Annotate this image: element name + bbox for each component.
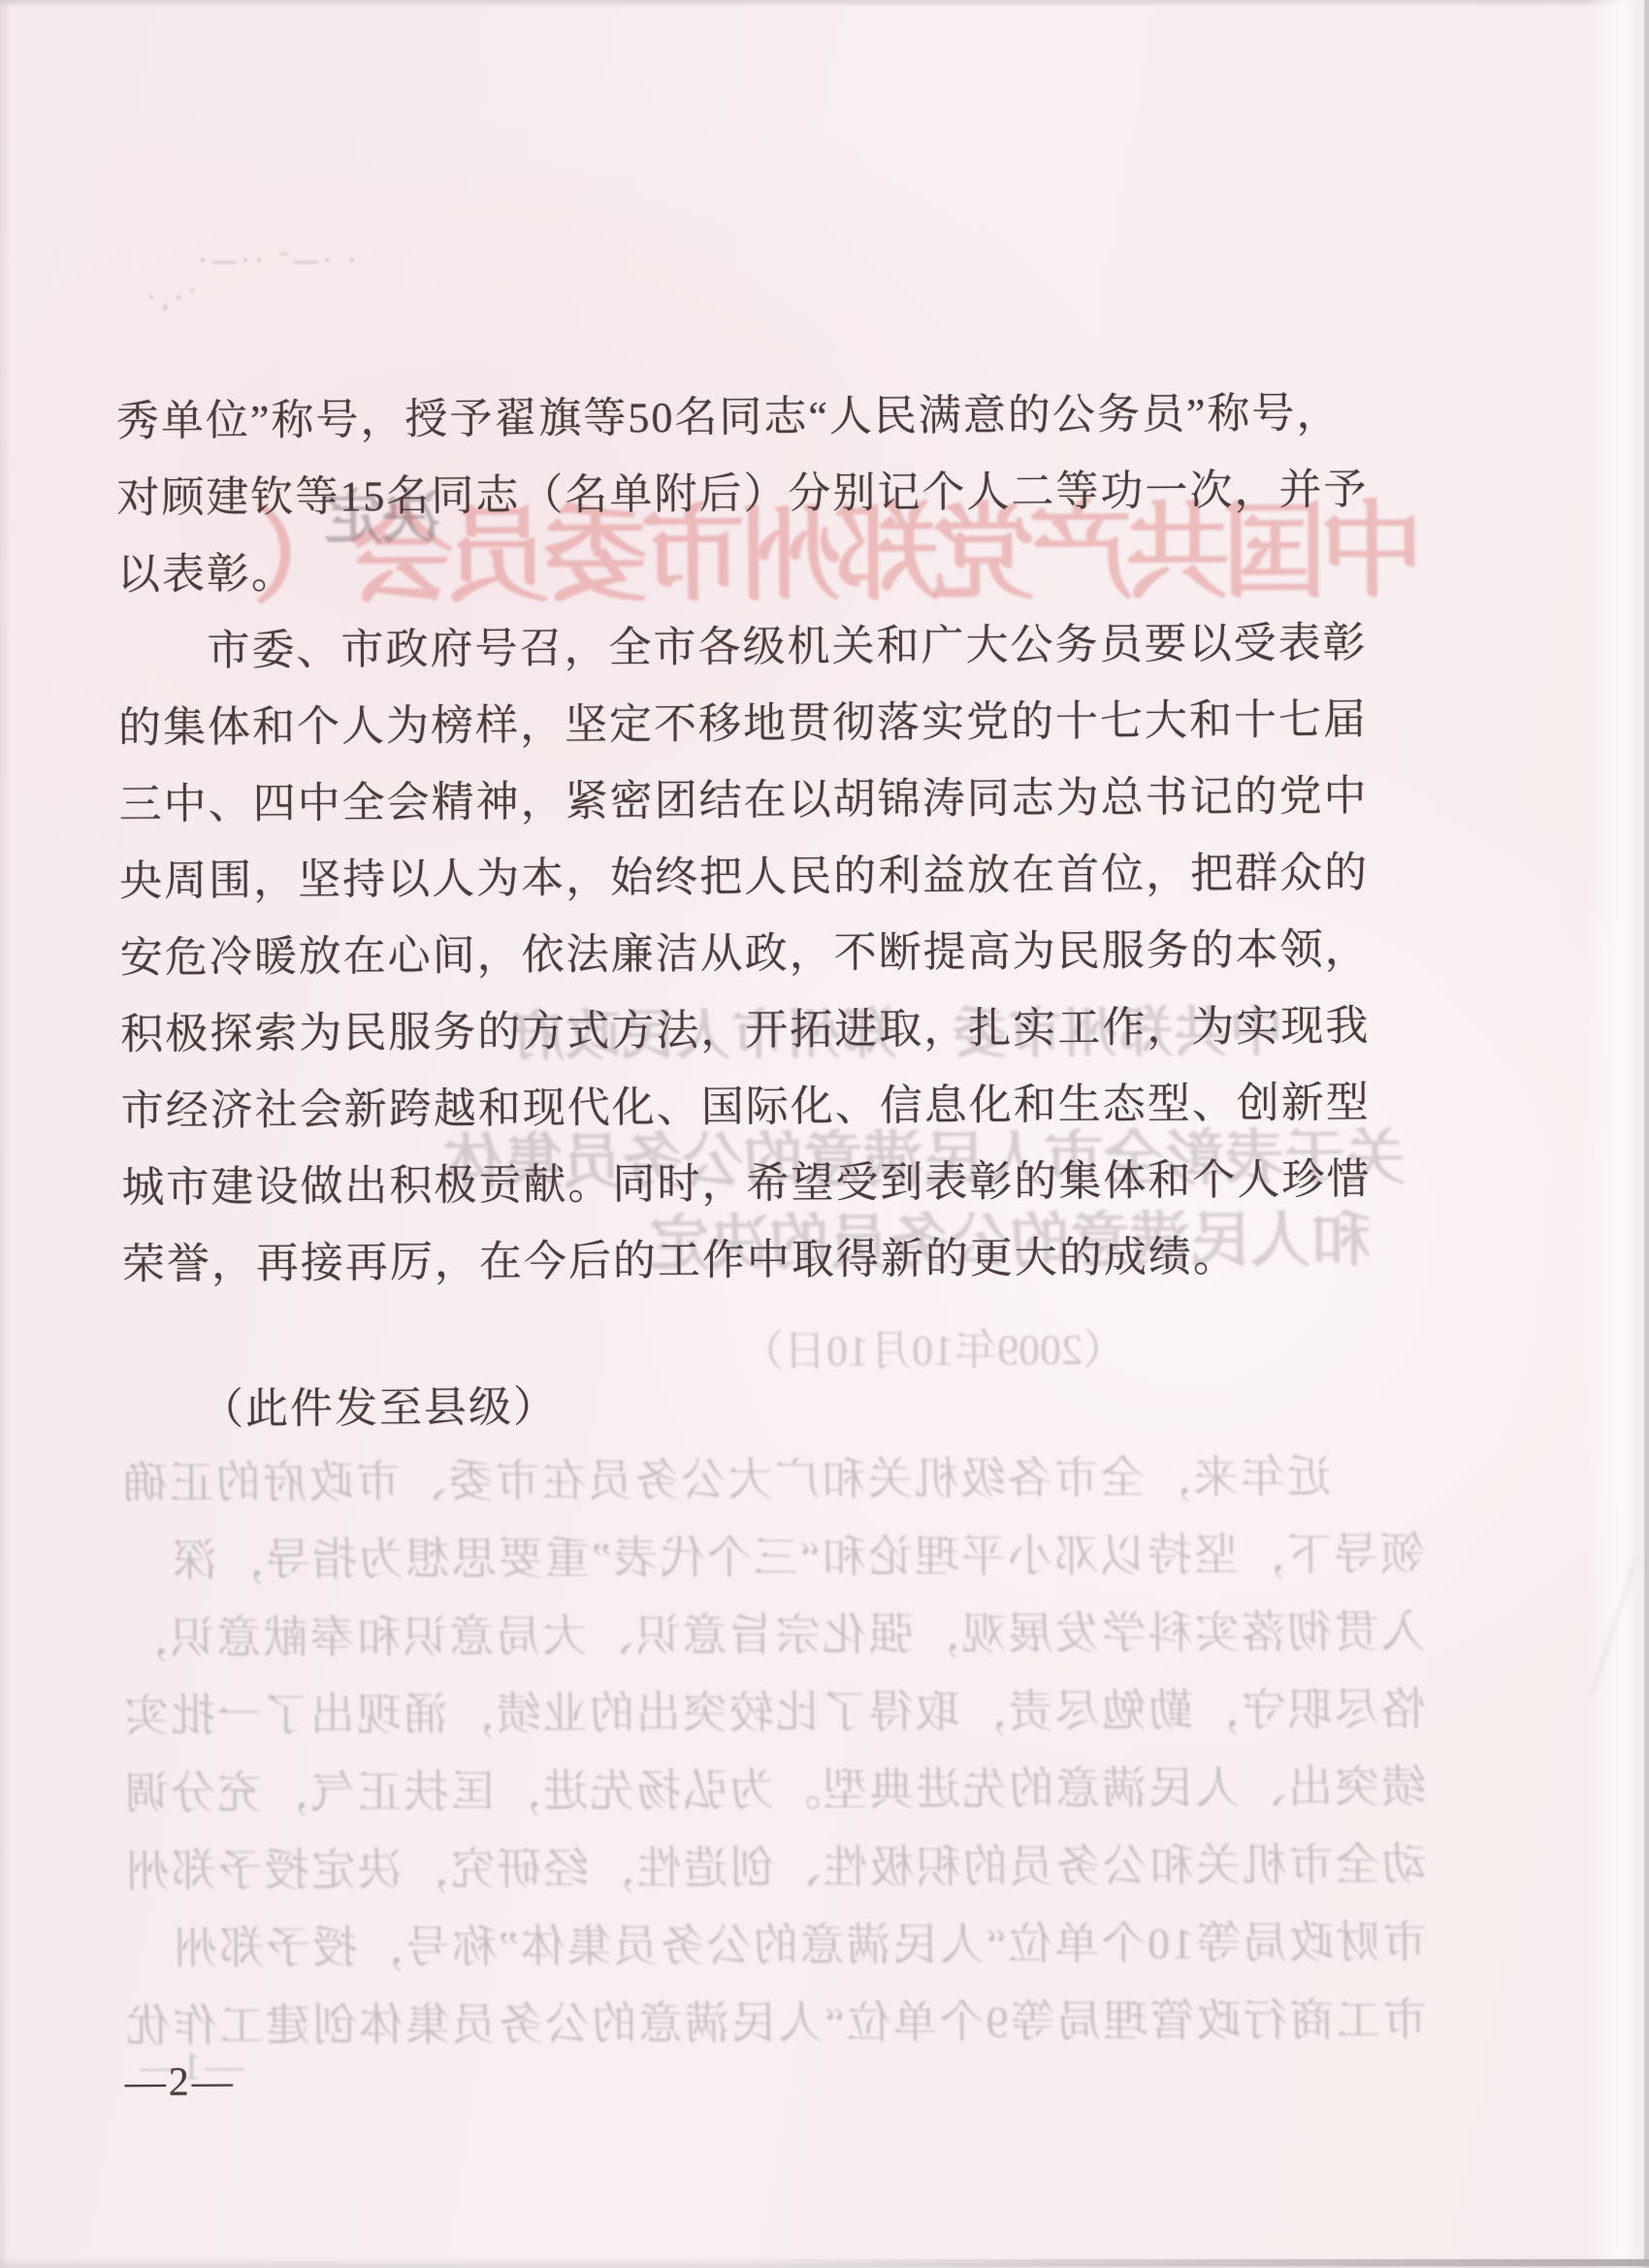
scanned-document-page: 中国共产党郑州市委员会（ 决定 中共郑州市委 郑州市人民政府 关于表彰全市人民满… (0, 0, 1649, 2268)
body-line: 安危冷暖放在心间，依法廉洁从政，不断提高为民服务的本领， (119, 911, 1391, 996)
body-line: 以表彰。 (117, 528, 1389, 613)
body-line: 市委、市政府号召，全市各级机关和广大公务员要以受表彰 (117, 604, 1389, 690)
body-line: 积极探索为民服务的方式方法，开拓进取，扎实工作，为实现我 (120, 988, 1392, 1073)
body-line: 三中、四中全会精神，紧密团结在以胡锦涛同志为总书记的党中 (118, 758, 1390, 843)
printed-text-layer: 秀单位”称号，授予翟旗等50名同志“人民满意的公务员”称号， 对顾建钦等15名同… (0, 0, 1649, 2268)
body-line: 城市建设做出积极贡献。同时，希望受到表彰的集体和个人珍惜 (121, 1141, 1393, 1226)
body-text-block: 秀单位”称号，授予翟旗等50名同志“人民满意的公务员”称号， 对顾建钦等15名同… (116, 374, 1394, 1303)
body-line: 秀单位”称号，授予翟旗等50名同志“人民满意的公务员”称号， (116, 374, 1388, 460)
body-line: 对顾建钦等15名同志（名单附后）分别记个人二等功一次，并予 (116, 451, 1388, 536)
body-line: 市经济社会新跨越和现代化、国际化、信息化和生态型、创新型 (121, 1064, 1393, 1150)
body-line: 央周围，坚持以人为本，始终把人民的利益放在首位，把群众的 (119, 834, 1391, 920)
distribution-note: （此件发至县级） (201, 1372, 558, 1437)
body-line: 的集体和个人为榜样，坚定不移地贯彻落实党的十七大和十七届 (118, 681, 1390, 766)
page-number: —2— (125, 2058, 236, 2106)
body-line: 荣誉，再接再厉，在今后的工作中取得新的更大的成绩。 (122, 1217, 1394, 1303)
